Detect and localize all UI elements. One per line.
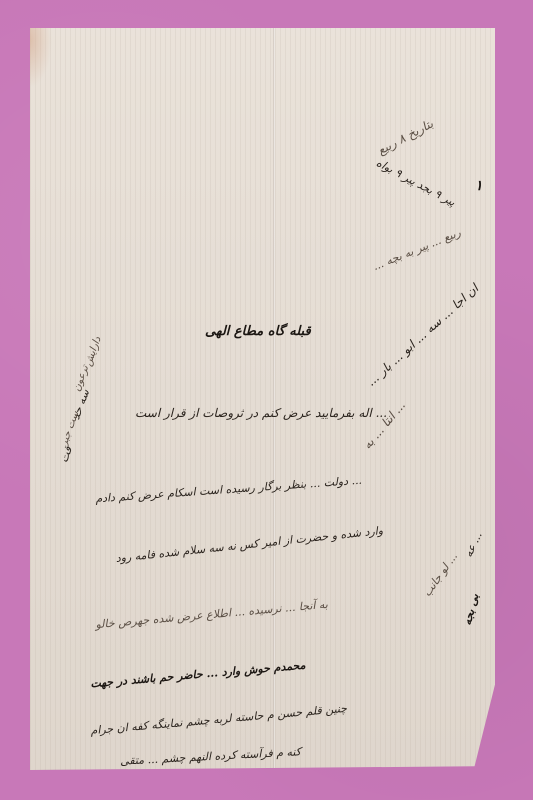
right-margin-line-1: ربیع ... پیر به بچه ...: [371, 226, 463, 273]
right-lower-note-3: بی بجه: [461, 592, 482, 626]
body-line-1: ... اله بفرمایید عرض کنم در ثروصات از قر…: [135, 406, 387, 420]
body-line-3: وارد شده و حضرت از امیر کس نه سه سلام شد…: [115, 524, 384, 565]
header-note-1: بتاریخ ۸ ربیع: [375, 117, 435, 158]
body-line-2: ... دولت ... بنظر برگار رسیده است اسکام …: [95, 474, 363, 506]
right-lower-note-2: ... لو جانب: [420, 550, 460, 599]
right-margin-line-2: ان اجا ... سه ... ابو ... بار ...: [364, 281, 481, 388]
left-margin-note-4: ست جبر: [59, 410, 82, 448]
left-margin-note-5: قت: [57, 445, 75, 465]
paper-fold-crease: [273, 28, 275, 770]
paper-stain: [30, 28, 52, 88]
body-line-6: چنین قلم حسن م حاسته لربه چشم نماینگه کف…: [90, 702, 348, 737]
header-note-3: پیر ۹ بجد پیر ۹ بواه: [374, 156, 458, 209]
left-margin-note-1: دارایش: [83, 335, 104, 367]
header-note-2: ۱: [475, 178, 483, 194]
letter-paper: بتاریخ ۸ ربیع ۱ پیر ۹ بجد پیر ۹ بواه ربی…: [30, 28, 495, 770]
right-lower-note-1: ... عه: [462, 530, 485, 559]
body-line-4: به آنجا ... نرسیده ... اطلاع عرض شده جهر…: [95, 598, 328, 631]
letter-salutation: قبله گاه مطاع الهی: [205, 324, 311, 339]
